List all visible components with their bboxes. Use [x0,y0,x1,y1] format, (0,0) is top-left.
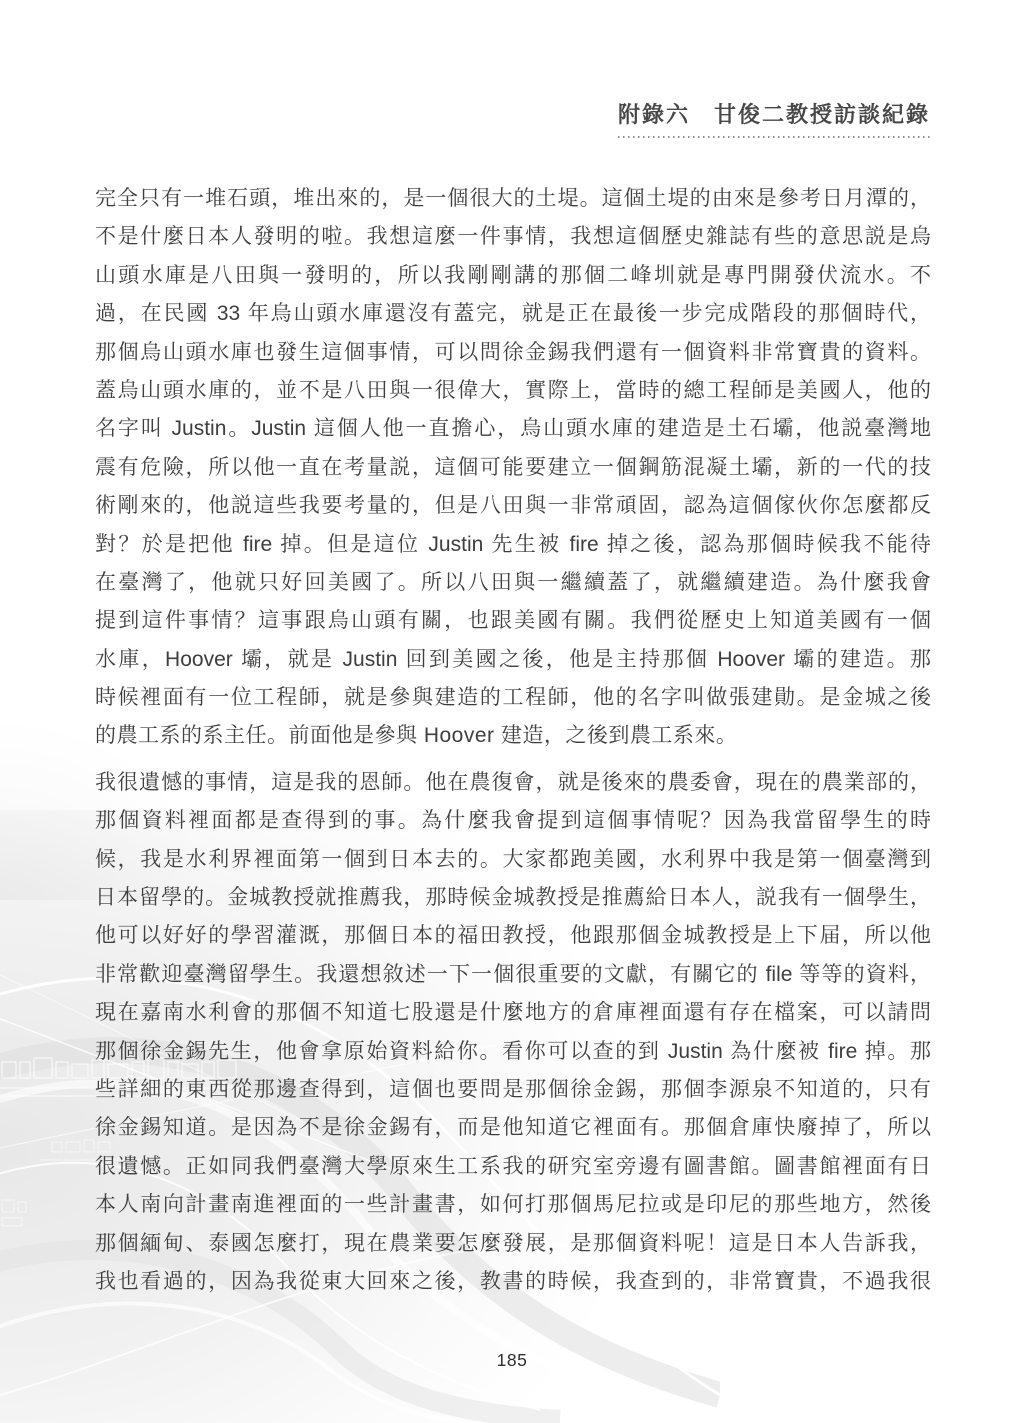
text-line: 蓋烏山頭水庫的，並不是八田與一很偉大，實際上，當時的總工程師是美國人，他的 [95,372,931,410]
text-line: 候，我是水利界裡面第一個到日本去的。大家都跑美國，水利界中我是第一個臺灣到 [95,841,931,879]
text-line: 對？於是把他 fire 掉。但是這位 Justin 先生被 fire 掉之後，認… [95,526,931,564]
text-line: 的農工系的系主任。前面他是參與 Hoover 建造，之後到農工系來。 [95,717,931,755]
paragraph: 我很遺憾的事情，這是我的恩師。他在農復會，就是後來的農委會，現在的農業部的，那個… [95,764,931,1301]
text-line: 山頭水庫是八田與一發明的，所以我剛剛講的那個二峰圳就是專門開發伏流水。不 [95,257,931,295]
page-header: 附錄六 甘俊二教授訪談紀錄 [618,101,930,138]
text-line: 過，在民國 33 年烏山頭水庫還沒有蓋完，就是正在最後一步完成階段的那個時代， [95,295,931,333]
text-line: 很遺憾。正如同我們臺灣大學原來生工系我的研究室旁邊有圖書館。圖書館裡面有日 [95,1148,931,1186]
text-line: 完全只有一堆石頭，堆出來的，是一個很大的土堤。這個土堤的由來是參考日月潭的， [95,180,931,218]
page: { "header": { "title": "附錄六 甘俊二教授訪談紀錄" }… [0,0,1024,1423]
text-line: 那個徐金錫先生，他會拿原始資料給你。看你可以查的到 Justin 為什麼被 fi… [95,1033,931,1071]
text-line: 時候裡面有一位工程師，就是參與建造的工程師，他的名字叫做張建勛。是金城之後 [95,679,931,717]
text-line: 不是什麼日本人發明的啦。我想這麼一件事情，我想這個歷史雜誌有些的意思説是烏 [95,218,931,256]
text-line: 那個烏山頭水庫也發生這個事情，可以問徐金錫我們還有一個資料非常寶貴的資料。 [95,334,931,372]
page-number: 185 [0,1350,1024,1371]
text-line: 水庫，Hoover 壩，就是 Justin 回到美國之後，他是主持那個 Hoov… [95,641,931,679]
document-body: 完全只有一堆石頭，堆出來的，是一個很大的土堤。這個土堤的由來是參考日月潭的，不是… [95,180,931,1301]
text-line: 我也看過的，因為我從東大回來之後，教書的時候，我查到的，非常寶貴，不過我很 [95,1263,931,1301]
text-line: 本人南向計畫南進裡面的一些計畫書，如何打那個馬尼拉或是印尼的那些地方，然後 [95,1186,931,1224]
text-line: 些詳細的東西從那邊查得到，這個也要問是那個徐金錫，那個李源泉不知道的，只有 [95,1071,931,1109]
text-line: 他可以好好的學習灌溉，那個日本的福田教授，他跟那個金城教授是上下届，所以他 [95,917,931,955]
text-line: 在臺灣了，他就只好回美國了。所以八田與一繼續蓋了，就繼續建造。為什麼我會 [95,564,931,602]
header-dotted-rule [618,136,930,138]
text-line: 震有危險，所以他一直在考量説，這個可能要建立一個鋼筋混凝土壩，新的一代的技 [95,449,931,487]
text-line: 我很遺憾的事情，這是我的恩師。他在農復會，就是後來的農委會，現在的農業部的， [95,764,931,802]
header-title: 附錄六 甘俊二教授訪談紀錄 [618,101,930,129]
text-line: 非常歡迎臺灣留學生。我還想敘述一下一個很重要的文獻，有關它的 file 等等的資… [95,956,931,994]
text-line: 現在嘉南水利會的那個不知道七股還是什麼地方的倉庫裡面還有存在檔案，可以請問 [95,994,931,1032]
text-line: 提到這件事情？這事跟烏山頭有關，也跟美國有關。我們從歷史上知道美國有一個 [95,602,931,640]
text-line: 日本留學的。金城教授就推薦我，那時候金城教授是推薦給日本人，説我有一個學生， [95,879,931,917]
text-line: 那個資料裡面都是查得到的事。為什麼我會提到這個事情呢？因為我當留學生的時 [95,802,931,840]
text-line: 名字叫 Justin。Justin 這個人他一直擔心，烏山頭水庫的建造是土石壩，… [95,410,931,448]
text-line: 那個緬甸、泰國怎麼打，現在農業要怎麼發展，是那個資料呢！這是日本人告訴我， [95,1225,931,1263]
paragraph: 完全只有一堆石頭，堆出來的，是一個很大的土堤。這個土堤的由來是參考日月潭的，不是… [95,180,931,756]
text-line: 徐金錫知道。是因為不是徐金錫有，而是他知道它裡面有。那個倉庫快廢掉了，所以 [95,1109,931,1147]
text-line: 術剛來的，他説這些我要考量的，但是八田與一非常頑固，認為這個傢伙你怎麼都反 [95,487,931,525]
